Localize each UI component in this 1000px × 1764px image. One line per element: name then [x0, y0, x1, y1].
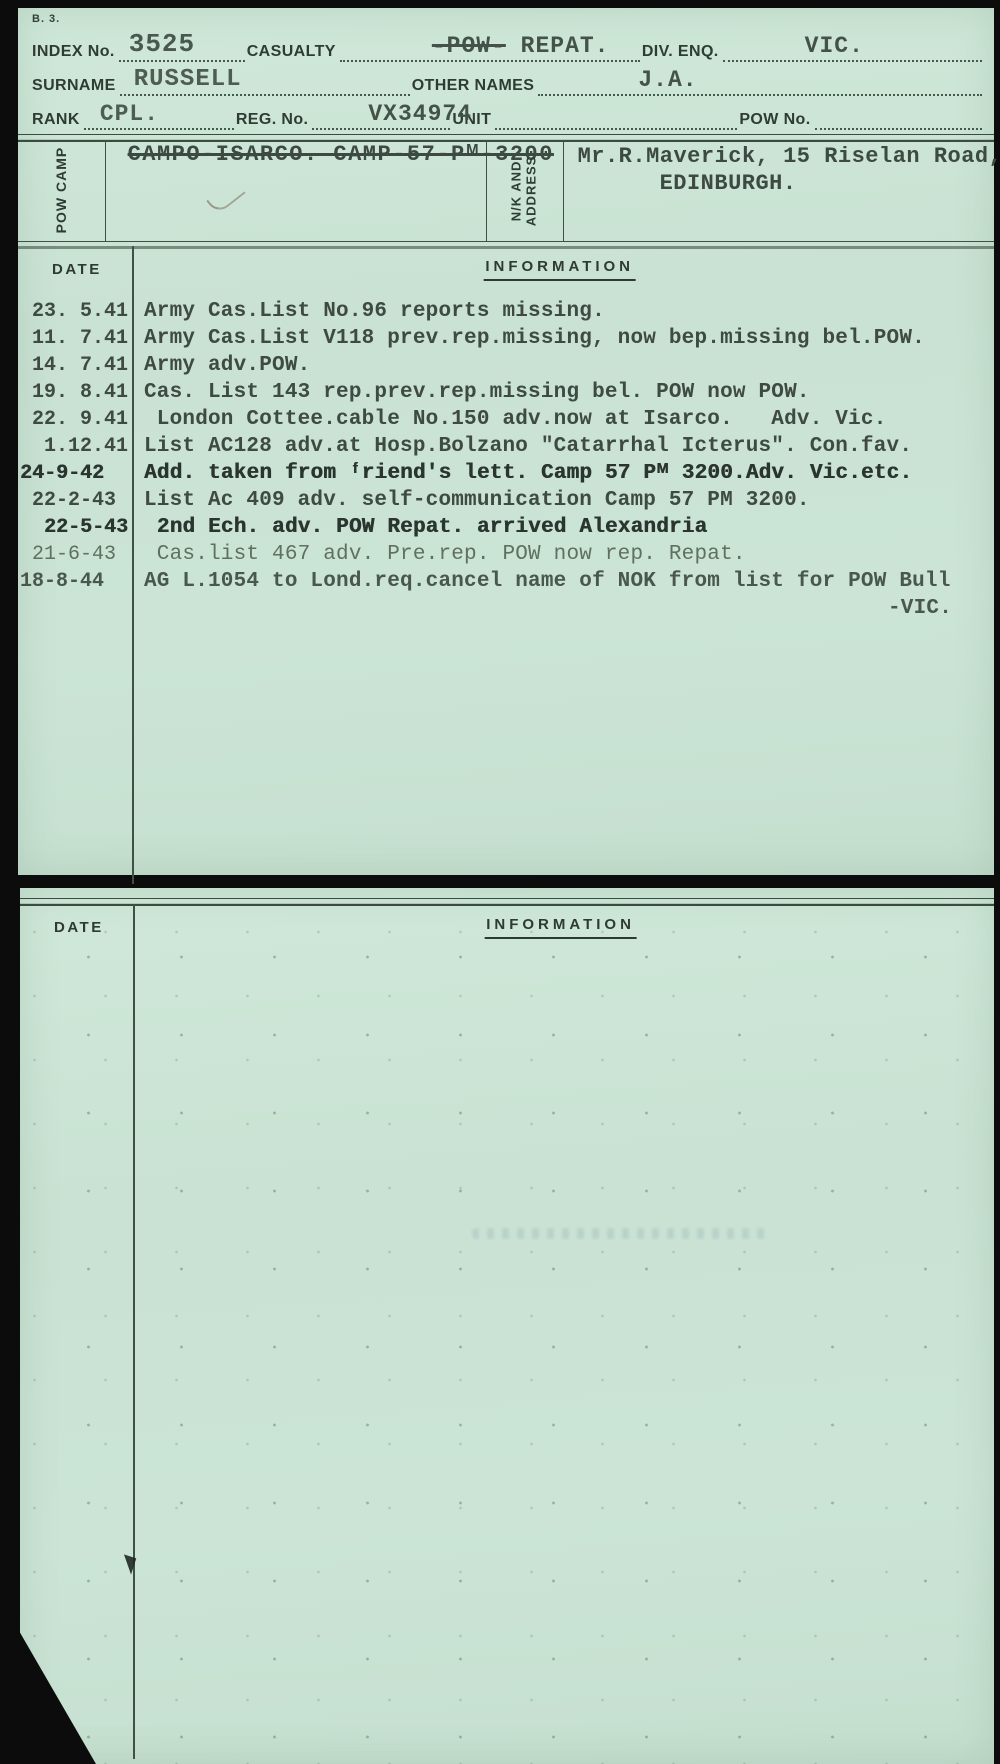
- casualty-current-text: REPAT.: [506, 33, 610, 59]
- surname-value: RUSSELL: [134, 66, 242, 93]
- row-info: List Ac 409 adv. self-communication Camp…: [134, 487, 994, 514]
- index-no-field: 3525: [119, 30, 245, 62]
- row-info: List AC128 adv.at Hosp.Bolzano "Catarrha…: [134, 433, 994, 460]
- row-info: London Cottee.cable No.150 adv.now at Is…: [134, 406, 994, 433]
- header-fields: B. 3. INDEX No. 3525 CASUALTY -POW- REPA…: [18, 8, 994, 130]
- row-info: 2nd Ech. adv. POW Repat. arrived Alexand…: [134, 514, 994, 541]
- row-date: 18-8-44: [18, 568, 134, 595]
- pow-camp-label: POW CAMP: [53, 147, 69, 234]
- field-row-1: INDEX No. 3525 CASUALTY -POW- REPAT. DIV…: [30, 32, 982, 62]
- table-row: 23. 5.41 Army Cas.List No.96 reports mis…: [18, 298, 994, 325]
- field-row-3: RANK CPL. REG. No. VX34974 UNIT POW No.: [30, 100, 982, 130]
- reg-no-label: REG. No.: [234, 111, 313, 130]
- row-date: 23. 5.41: [18, 298, 134, 325]
- row-date: 11. 7.41: [18, 325, 134, 352]
- div-enq-value: VIC.: [805, 33, 864, 59]
- row-info: Add. taken from ᶠriend's lett. Camp 57 P…: [134, 460, 994, 487]
- table-row: 21-6-43 Cas.list 467 adv. Pre.rep. POW n…: [18, 541, 994, 568]
- row-date: 14. 7.41: [18, 352, 134, 379]
- table-row: 24-9-42 Add. taken from ᶠriend's lett. C…: [18, 460, 994, 487]
- div-enq-field: VIC.: [723, 30, 982, 62]
- row-date: 22-2-43: [18, 487, 134, 514]
- table-row: 22-2-43 List Ac 409 adv. self-communicat…: [18, 487, 994, 514]
- pow-camp-struck-value: CAMPO-ISARCO. CAMP-57-Pᴹ-3200: [128, 142, 554, 167]
- row-date: 22-5-43: [18, 514, 134, 541]
- pow-no-field: [815, 98, 982, 130]
- table-row: 14. 7.41 Army adv.POW.: [18, 352, 994, 379]
- reg-no-field: VX34974: [312, 98, 450, 130]
- ghost-ink-smudge: [472, 1228, 772, 1239]
- surname-field: RUSSELL: [120, 64, 410, 96]
- information-table-back: DATE INFORMATION: [20, 904, 994, 1759]
- field-row-2: SURNAME RUSSELL OTHER NAMES J.A.: [30, 66, 982, 96]
- nok-address-label: N/K AND ADDRESS: [510, 155, 540, 226]
- pow-no-label: POW No.: [737, 111, 814, 130]
- row-info: AG L.1054 to Lond.req.cancel name of NOK…: [134, 568, 994, 595]
- row-date: 19. 8.41: [18, 379, 134, 406]
- pencil-scribble: [206, 179, 245, 215]
- nok-address-box: Mr.R.Maverick, 15 Riselan Road, EDINBURG…: [564, 140, 994, 241]
- table-header: DATE INFORMATION: [18, 246, 994, 298]
- table-row: 22-5-43 2nd Ech. adv. POW Repat. arrived…: [18, 514, 994, 541]
- row-date: 21-6-43: [18, 541, 134, 568]
- casualty-label: CASUALTY: [245, 43, 340, 62]
- casualty-struck-text: -POW-: [432, 33, 506, 59]
- date-column-divider: [133, 904, 135, 1759]
- row-info: -VIC.: [134, 595, 994, 622]
- rank-field: CPL.: [84, 98, 234, 130]
- row-info: Army Cas.List V118 prev.rep.missing, now…: [134, 325, 994, 352]
- surname-label: SURNAME: [30, 77, 120, 96]
- rank-value: CPL.: [100, 101, 159, 127]
- reg-no-value: VX34974: [368, 101, 472, 127]
- date-header: DATE: [52, 261, 102, 278]
- information-header: INFORMATION: [483, 258, 636, 281]
- casualty-field: -POW- REPAT.: [340, 30, 640, 62]
- table-row: 19. 8.41 Cas. List 143 rep.prev.rep.miss…: [18, 379, 994, 406]
- information-table-front: DATE INFORMATION 23. 5.41 Army Cas.List …: [18, 246, 994, 884]
- table-row-continuation: -VIC.: [18, 595, 994, 622]
- pow-camp-label-column: POW CAMP: [18, 140, 106, 241]
- row-info: Cas.list 467 adv. Pre.rep. POW now rep. …: [134, 541, 994, 568]
- index-no-value: 3525: [129, 29, 195, 59]
- date-header: DATE: [54, 919, 104, 936]
- table-row: 11. 7.41 Army Cas.List V118 prev.rep.mis…: [18, 325, 994, 352]
- table-row: 18-8-44 AG L.1054 to Lond.req.cancel nam…: [18, 568, 994, 595]
- row-info: Army adv.POW.: [134, 352, 994, 379]
- table-row: 22. 9.41 London Cottee.cable No.150 adv.…: [18, 406, 994, 433]
- information-header: INFORMATION: [484, 916, 637, 939]
- card-back-top-margin: [20, 888, 994, 898]
- unit-field: [495, 98, 737, 130]
- row-info: Cas. List 143 rep.prev.rep.missing bel. …: [134, 379, 994, 406]
- other-names-label: OTHER NAMES: [410, 77, 539, 96]
- row-date: [18, 595, 134, 622]
- date-column-divider: [132, 246, 134, 884]
- table-header: DATE INFORMATION: [20, 904, 994, 956]
- row-info: Army Cas.List No.96 reports missing.: [134, 298, 994, 325]
- form-code: B. 3.: [32, 13, 60, 25]
- row-date: 24-9-42: [18, 460, 134, 487]
- row-date: 22. 9.41: [18, 406, 134, 433]
- div-enq-label: DIV. ENQ.: [640, 43, 723, 62]
- pow-index-card-front: B. 3. INDEX No. 3525 CASUALTY -POW- REPA…: [18, 8, 994, 875]
- rank-label: RANK: [30, 111, 84, 130]
- pow-index-card-back: DATE INFORMATION: [20, 888, 994, 1764]
- other-names-field: J.A.: [538, 64, 982, 96]
- other-names-value: J.A.: [638, 67, 697, 93]
- table-row: 1.12.41 List AC128 adv.at Hosp.Bolzano "…: [18, 433, 994, 460]
- row-date: 1.12.41: [18, 433, 134, 460]
- nok-address-line2: EDINBURGH.: [660, 171, 797, 196]
- casualty-value: -POW- REPAT.: [432, 33, 610, 59]
- index-no-label: INDEX No.: [30, 43, 119, 62]
- nok-address-line1: Mr.R.Maverick, 15 Riselan Road,: [578, 144, 1000, 169]
- pow-camp-section: POW CAMP CAMPO-ISARCO. CAMP-57-Pᴹ-3200 N…: [18, 140, 994, 241]
- pow-camp-value-box: CAMPO-ISARCO. CAMP-57-Pᴹ-3200: [106, 140, 487, 241]
